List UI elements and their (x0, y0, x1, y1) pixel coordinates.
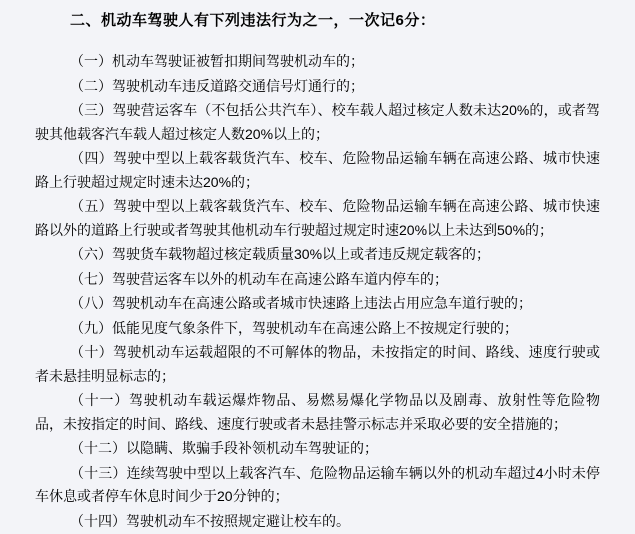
regulation-document: 二、机动车驾驶人有下列违法行为之一，一次记6分： （一）机动车驾驶证被暂扣期间驾… (0, 0, 635, 533)
violation-item-2: （二）驾驶机动车违反道路交通信号灯通行的； (35, 75, 600, 99)
violation-item-3: （三）驾驶营运客车（不包括公共汽车）、校车载人超过核定人数未达20%的，或者驾驶… (35, 99, 600, 146)
violation-item-10: （十）驾驶机动车运载超限的不可解体的物品，未按指定的时间、路线、速度行驶或者未悬… (35, 341, 600, 388)
violation-item-5: （五）驾驶中型以上载客载货汽车、校车、危险物品运输车辆在高速公路、城市快速路以外… (35, 195, 600, 242)
violation-item-4: （四）驾驶中型以上载客载货汽车、校车、危险物品运输车辆在高速公路、城市快速路上行… (35, 147, 600, 194)
violation-item-12: （十二）以隐瞒、欺骗手段补领机动车驾驶证的； (35, 437, 600, 461)
section-title: 二、机动车驾驶人有下列违法行为之一，一次记6分： (35, 9, 600, 33)
violation-item-9: （九）低能见度气象条件下，驾驶机动车在高速公路上不按规定行驶的； (35, 317, 600, 341)
violation-item-8: （八）驾驶机动车在高速公路或者城市快速路上违法占用应急车道行驶的； (35, 292, 600, 316)
violation-item-13: （十三）连续驾驶中型以上载客汽车、危险物品运输车辆以外的机动车超过4小时未停车休… (35, 462, 600, 509)
violation-item-6: （六）驾驶货车载物超过核定载质量30%以上或者违反规定载客的； (35, 243, 600, 267)
page-background: { "page": { "background_color": "#f3f4f8… (0, 0, 635, 534)
violation-item-14: （十四）驾驶机动车不按照规定避让校车的。 (35, 510, 600, 534)
violation-item-11: （十一）驾驶机动车载运爆炸物品、易燃易爆化学物品以及剧毒、放射性等危险物品，未按… (35, 389, 600, 436)
violation-item-7: （七）驾驶营运客车以外的机动车在高速公路车道内停车的； (35, 268, 600, 292)
violation-item-1: （一）机动车驾驶证被暂扣期间驾驶机动车的； (35, 50, 600, 74)
